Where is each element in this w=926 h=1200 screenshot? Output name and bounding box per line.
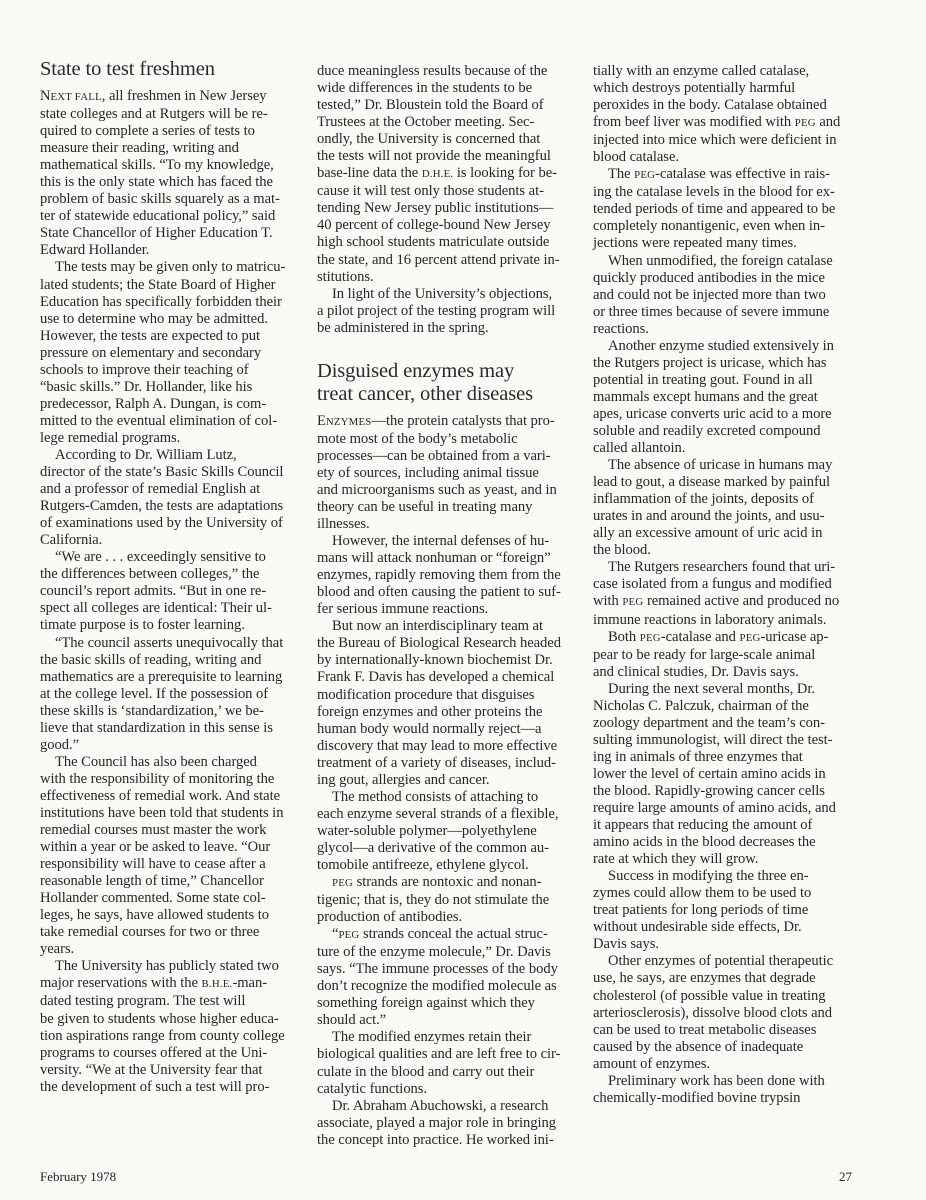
text-line: state colleges and at Rutgers will be re…: [40, 106, 308, 123]
text-line: use to determine who may be admitted.: [40, 311, 308, 328]
text-line: years.: [40, 941, 308, 958]
text-line: The University has publicly stated two: [40, 958, 308, 975]
text-line: But now an interdisciplinary team at: [317, 618, 592, 635]
text-line: amount of enzymes.: [593, 1056, 861, 1073]
text-line: Trustees at the October meeting. Sec-: [317, 114, 592, 131]
article2-continued-body: tially with an enzyme called catalase,wh…: [593, 63, 861, 1107]
text-line: of examinations used by the University o…: [40, 515, 308, 532]
text-line: glycol—a derivative of the common au-: [317, 840, 592, 857]
text-line: tion aspirations range from county colle…: [40, 1028, 308, 1045]
text-line: major reservations with the B.H.E.-man-: [40, 975, 308, 993]
text-line: However, the internal defenses of hu-: [317, 533, 592, 550]
text-line: and could not be injected more than two: [593, 287, 861, 304]
text-line: case isolated from a fungus and modified: [593, 576, 861, 593]
text-line: mans will attack nonhuman or “foreign”: [317, 550, 592, 567]
text-line: modification procedure that disguises: [317, 687, 592, 704]
text-line: “PEG strands conceal the actual struc-: [317, 926, 592, 944]
text-line: apes, uricase converts uric acid to a mo…: [593, 406, 861, 423]
text-line: inflammation of the joints, deposits of: [593, 491, 861, 508]
text-line: Edward Hollander.: [40, 242, 308, 259]
text-line: theory can be useful in treating many: [317, 499, 592, 516]
text-line: require large amounts of amino acids, an…: [593, 800, 861, 817]
text-line: pear to be ready for large-scale animal: [593, 647, 861, 664]
text-line: the concept into practice. He worked ini…: [317, 1132, 592, 1149]
text-line: and clinical studies, Dr. Davis says.: [593, 664, 861, 681]
text-line: ture of the enzyme molecule,” Dr. Davis: [317, 944, 592, 961]
text-line: with the responsibility of monitoring th…: [40, 771, 308, 788]
text-line: In light of the University’s objections,: [317, 286, 592, 303]
text-line: Nicholas C. Palczuk, chairman of the: [593, 698, 861, 715]
text-line: called allantoin.: [593, 440, 861, 457]
article2-body: ENZYMES—the protein catalysts that pro-m…: [317, 413, 592, 1149]
text-line: lege remedial programs.: [40, 430, 308, 447]
text-line: injected into mice which were deficient …: [593, 132, 861, 149]
text-line: pressure on elementary and secondary: [40, 345, 308, 362]
text-line: enzymes, rapidly removing them from the: [317, 567, 592, 584]
text-line: tomobile antifreeze, ethylene glycol.: [317, 857, 592, 874]
headline-state-test-freshmen: State to test freshmen: [40, 58, 308, 81]
page-number: 27: [839, 1169, 852, 1185]
text-line: use, he says, are enzymes that degrade: [593, 970, 861, 987]
text-line: Frank F. Davis has developed a chemical: [317, 669, 592, 686]
text-line: “The council asserts unequivocally that: [40, 635, 308, 652]
text-line: The tests may be given only to matricu-: [40, 259, 308, 276]
text-line: ally an excessive amount of uric acid in: [593, 525, 861, 542]
text-line: dated testing program. The test will: [40, 993, 308, 1010]
text-line: blood catalase.: [593, 149, 861, 166]
text-line: a pilot project of the testing program w…: [317, 303, 592, 320]
headline-line-2: treat cancer, other diseases: [317, 383, 592, 406]
text-line: ing in animals of three enzymes that: [593, 749, 861, 766]
text-line: immune reactions in laboratory animals.: [593, 612, 861, 629]
text-line: According to Dr. William Lutz,: [40, 447, 308, 464]
text-line: ing the catalase levels in the blood for…: [593, 184, 861, 201]
column-1: State to test freshmen NEXT FALL, all fr…: [40, 58, 308, 1096]
text-line: tended periods of time and appeared to b…: [593, 201, 861, 218]
text-line: don’t recognize the modified molecule as: [317, 978, 592, 995]
text-line: zymes could allow them to be used to: [593, 885, 861, 902]
text-line: lieve that standardization in this sense…: [40, 720, 308, 737]
text-line: treat patients for long periods of time: [593, 902, 861, 919]
text-line: should act.”: [317, 1012, 592, 1029]
text-line: ondly, the University is concerned that: [317, 131, 592, 148]
text-line: biological qualities and are left free t…: [317, 1046, 592, 1063]
text-line: at the college level. If the possession …: [40, 686, 308, 703]
text-line: California.: [40, 532, 308, 549]
text-line: zoology department and the team’s con-: [593, 715, 861, 732]
text-line: arteriosclerosis), dissolve blood clots …: [593, 1005, 861, 1022]
text-line: Both PEG-catalase and PEG-uricase ap-: [593, 629, 861, 647]
text-line: blood and often causing the patient to s…: [317, 584, 592, 601]
text-line: “basic skills.” Dr. Hollander, like his: [40, 379, 308, 396]
text-line: reasonable length of time,” Chancellor: [40, 873, 308, 890]
text-line: ter of statewide educational policy,” sa…: [40, 208, 308, 225]
text-line: by internationally-known biochemist Dr.: [317, 652, 592, 669]
text-line: PEG strands are nontoxic and nonan-: [317, 874, 592, 892]
column-3: tially with an enzyme called catalase,wh…: [593, 63, 861, 1107]
text-line: be administered in the spring.: [317, 320, 592, 337]
text-line: Education has specifically forbidden the…: [40, 294, 308, 311]
text-line: remedial courses must master the work: [40, 822, 308, 839]
text-line: production of antibodies.: [317, 909, 592, 926]
text-line: Success in modifying the three en-: [593, 868, 861, 885]
text-line: sulting immunologist, will direct the te…: [593, 732, 861, 749]
text-line: it appears that reducing the amount of: [593, 817, 861, 834]
text-line: The method consists of attaching to: [317, 789, 592, 806]
text-line: the blood. Rapidly-growing cancer cells: [593, 783, 861, 800]
text-line: these skills is ‘standardization,’ we be…: [40, 703, 308, 720]
text-line: leges, he says, have allowed students to: [40, 907, 308, 924]
text-line: schools to improve their teaching of: [40, 362, 308, 379]
text-line: something foreign against which they: [317, 995, 592, 1012]
text-line: be given to students whose higher educa-: [40, 1011, 308, 1028]
text-line: the state, and 16 percent attend private…: [317, 252, 592, 269]
text-line: the Bureau of Biological Research headed: [317, 635, 592, 652]
text-line: foreign enzymes and other proteins the: [317, 704, 592, 721]
text-line: good.”: [40, 737, 308, 754]
text-line: take remedial courses for two or three: [40, 924, 308, 941]
text-line: Hollander commented. Some state col-: [40, 890, 308, 907]
article-separator: [317, 337, 592, 360]
text-line: discovery that may lead to more effectiv…: [317, 738, 592, 755]
text-line: rate at which they will grow.: [593, 851, 861, 868]
text-line: Another enzyme studied extensively in: [593, 338, 861, 355]
text-line: mammals except humans and the great: [593, 389, 861, 406]
text-line: Preliminary work has been done with: [593, 1073, 861, 1090]
text-line: tested,” Dr. Bloustein told the Board of: [317, 97, 592, 114]
text-line: council’s report admits. “But in one re-: [40, 583, 308, 600]
text-line: fer serious immune reactions.: [317, 601, 592, 618]
text-line: “We are . . . exceedingly sensitive to: [40, 549, 308, 566]
text-line: the differences between colleges,” the: [40, 566, 308, 583]
text-line: ety of sources, including animal tissue: [317, 465, 592, 482]
article1-continued-body: duce meaningless results because of thew…: [317, 63, 592, 337]
text-line: The Council has also been charged: [40, 754, 308, 771]
text-line: peroxides in the body. Catalase obtained: [593, 97, 861, 114]
text-line: the development of such a test will pro-: [40, 1079, 308, 1096]
text-line: tending New Jersey public institutions—: [317, 200, 592, 217]
text-line: high school students matriculate outside: [317, 234, 592, 251]
text-line: spect all colleges are identical: Their …: [40, 600, 308, 617]
text-line: mote most of the body’s metabolic: [317, 431, 592, 448]
text-line: soluble and readily excreted compound: [593, 423, 861, 440]
text-line: director of the state’s Basic Skills Cou…: [40, 464, 308, 481]
text-line: mathematical skills. “To my knowledge,: [40, 157, 308, 174]
footer-date: February 1978: [40, 1169, 116, 1185]
text-line: wide differences in the students to be: [317, 80, 592, 97]
text-line: measure their reading, writing and: [40, 140, 308, 157]
headline-disguised-enzymes: Disguised enzymes may treat cancer, othe…: [317, 360, 592, 406]
text-line: tigenic; that is, they do not stimulate …: [317, 892, 592, 909]
text-line: associate, played a major role in bringi…: [317, 1115, 592, 1132]
text-line: institutions have been told that student…: [40, 805, 308, 822]
text-line: lead to gout, a disease marked by painfu…: [593, 474, 861, 491]
text-line: each enzyme several strands of a flexibl…: [317, 806, 592, 823]
text-line: and microorganisms such as yeast, and in: [317, 482, 592, 499]
text-line: base-line data the D.H.E. is looking for…: [317, 165, 592, 183]
text-line: ENZYMES—the protein catalysts that pro-: [317, 413, 592, 431]
column-2: duce meaningless results because of thew…: [317, 63, 592, 1149]
text-line: and a professor of remedial English at: [40, 481, 308, 498]
text-line: programs to courses offered at the Uni-: [40, 1045, 308, 1062]
text-line: quired to complete a series of tests to: [40, 123, 308, 140]
text-line: NEXT FALL, all freshmen in New Jersey: [40, 88, 308, 106]
text-line: jections were repeated many times.: [593, 235, 861, 252]
text-line: stitutions.: [317, 269, 592, 286]
text-line: duce meaningless results because of the: [317, 63, 592, 80]
text-line: completely nonantigenic, even when in-: [593, 218, 861, 235]
text-line: mitted to the eventual elimination of co…: [40, 413, 308, 430]
article1-body: NEXT FALL, all freshmen in New Jerseysta…: [40, 88, 308, 1096]
text-line: The modified enzymes retain their: [317, 1029, 592, 1046]
text-line: or three times because of severe immune: [593, 304, 861, 321]
text-line: mathematics are a prerequisite to learni…: [40, 669, 308, 686]
text-line: lated students; the State Board of Highe…: [40, 277, 308, 294]
text-line: 40 percent of college-bound New Jersey: [317, 217, 592, 234]
text-line: predecessor, Ralph A. Dungan, is com-: [40, 396, 308, 413]
text-line: quickly produced antibodies in the mice: [593, 270, 861, 287]
text-line: effectiveness of remedial work. And stat…: [40, 788, 308, 805]
text-line: Dr. Abraham Abuchowski, a research: [317, 1098, 592, 1115]
text-line: amino acids in the blood decreases the: [593, 834, 861, 851]
text-line: with PEG remained active and produced no: [593, 593, 861, 611]
text-line: lower the level of certain amino acids i…: [593, 766, 861, 783]
text-line: illnesses.: [317, 516, 592, 533]
text-line: the blood.: [593, 542, 861, 559]
text-line: tially with an enzyme called catalase,: [593, 63, 861, 80]
text-line: urates in and around the joints, and usu…: [593, 508, 861, 525]
text-line: catalytic functions.: [317, 1081, 592, 1098]
text-line: The absence of uricase in humans may: [593, 457, 861, 474]
text-line: Davis says.: [593, 936, 861, 953]
text-line: without undesirable side effects, Dr.: [593, 919, 861, 936]
text-line: treatment of a variety of diseases, incl…: [317, 755, 592, 772]
text-line: says. “The immune processes of the body: [317, 961, 592, 978]
text-line: the tests will not provide the meaningfu…: [317, 148, 592, 165]
text-line: culate in the blood and carry out their: [317, 1064, 592, 1081]
text-line: the basic skills of reading, writing and: [40, 652, 308, 669]
text-line: within a year or be asked to leave. “Our: [40, 839, 308, 856]
text-line: chemically-modified bovine trypsin: [593, 1090, 861, 1107]
text-line: from beef liver was modified with PEG an…: [593, 114, 861, 132]
text-line: which destroys potentially harmful: [593, 80, 861, 97]
text-line: human body would normally reject—a: [317, 721, 592, 738]
text-line: State Chancellor of Higher Education T.: [40, 225, 308, 242]
text-line: caused by the absence of inadequate: [593, 1039, 861, 1056]
text-line: potential in treating gout. Found in all: [593, 372, 861, 389]
text-line: processes—can be obtained from a vari-: [317, 448, 592, 465]
text-line: During the next several months, Dr.: [593, 681, 861, 698]
text-line: can be used to treat metabolic diseases: [593, 1022, 861, 1039]
text-line: The PEG-catalase was effective in rais-: [593, 166, 861, 184]
text-line: ing gout, allergies and cancer.: [317, 772, 592, 789]
text-line: versity. “We at the University fear that: [40, 1062, 308, 1079]
headline-line-1: Disguised enzymes may: [317, 360, 592, 383]
text-line: the Rutgers project is uricase, which ha…: [593, 355, 861, 372]
text-line: Other enzymes of potential therapeutic: [593, 953, 861, 970]
text-line: cause it will test only those students a…: [317, 183, 592, 200]
text-line: water-soluble polymer—polyethylene: [317, 823, 592, 840]
text-line: reactions.: [593, 321, 861, 338]
text-line: However, the tests are expected to put: [40, 328, 308, 345]
text-line: Rutgers-Camden, the tests are adaptation…: [40, 498, 308, 515]
text-line: problem of basic skills squarely as a ma…: [40, 191, 308, 208]
text-line: timate purpose is to foster learning.: [40, 617, 308, 634]
text-line: this is the only state which has faced t…: [40, 174, 308, 191]
text-line: cholesterol (of possible value in treati…: [593, 988, 861, 1005]
text-line: When unmodified, the foreign catalase: [593, 253, 861, 270]
text-line: The Rutgers researchers found that uri-: [593, 559, 861, 576]
text-line: responsibility will have to cease after …: [40, 856, 308, 873]
